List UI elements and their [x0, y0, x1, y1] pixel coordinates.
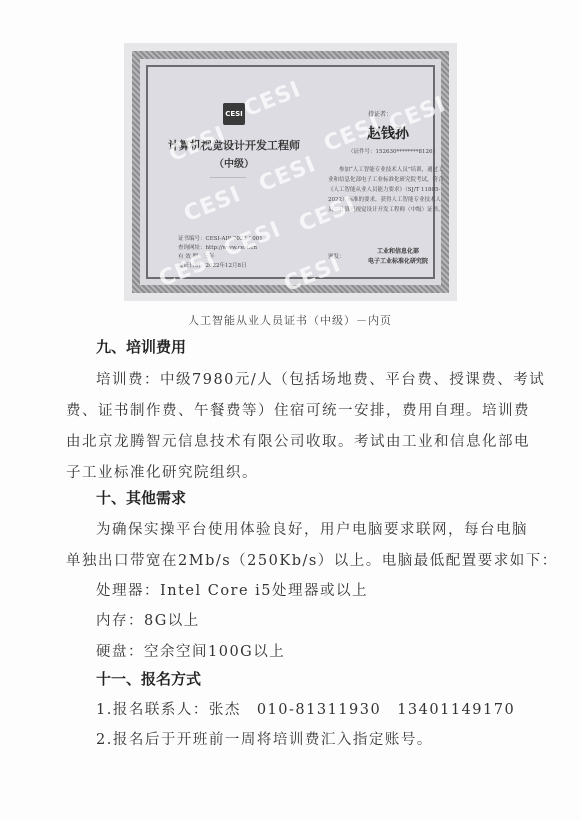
certificate-inner-panel: CESI 计算机视觉设计开发工程师 （中级） 证书编号：CESI-AIP-202… — [146, 65, 435, 279]
paragraph-line: 为确保实操平台使用体验良好，用户电脑要求联网，每台电脑 — [96, 518, 528, 539]
certificate-issuer: 工业和信息化部 电子工业标准化研究院 — [358, 247, 438, 267]
issuer-line-2: 电子工业标准化研究院 — [358, 257, 438, 267]
requirement-disk: 硬盘：空余空间100G以上 — [96, 640, 285, 661]
cesi-logo-icon: CESI — [223, 103, 245, 125]
requirement-memory: 内存：8G以上 — [96, 609, 200, 630]
paragraph-line: 费、证书制作费、午餐费等）住宿可统一安排，费用自理。培训费 — [66, 399, 530, 420]
certificate-border: CESI 计算机视觉设计开发工程师 （中级） 证书编号：CESI-AIP-202… — [132, 51, 449, 293]
watermark: CESI — [280, 252, 344, 297]
section-heading-registration: 十一、报名方式 — [96, 668, 201, 689]
paragraph-line: 由北京龙腾智元信息技术有限公司收取。考试由工业和信息化部电 — [66, 430, 530, 451]
issuer-line-1: 工业和信息化部 — [358, 247, 438, 257]
requirement-cpu: 处理器：Intel Core i5处理器或以上 — [96, 579, 368, 600]
certificate-image: CESI 计算机视觉设计开发工程师 （中级） 证书编号：CESI-AIP-202… — [124, 43, 457, 301]
figure-caption: 人工智能从业人员证书（中级）－内页 — [0, 312, 580, 328]
section-heading-training-fee: 九、培训费用 — [96, 336, 186, 357]
holder-id-number: （证件号：152630********8126） — [338, 147, 448, 155]
paragraph-line: 子工业标准化研究院组织。 — [66, 461, 258, 482]
paragraph-line: 单独出口带宽在2Mb/s（250Kb/s）以上。电脑最低配置要求如下： — [66, 549, 558, 570]
registration-payment-note: 2.报名后于开班前一周将培训费汇入指定账号。 — [96, 728, 433, 749]
registration-contact: 1.报名联系人：张杰 010-81311930 13401149170 — [96, 698, 515, 719]
section-heading-other-requirements: 十、其他需求 — [96, 487, 186, 508]
paragraph-line: 培训费：中级7980元/人（包括场地费、平台费、授课费、考试 — [96, 368, 545, 389]
watermark: CESI — [240, 77, 304, 122]
